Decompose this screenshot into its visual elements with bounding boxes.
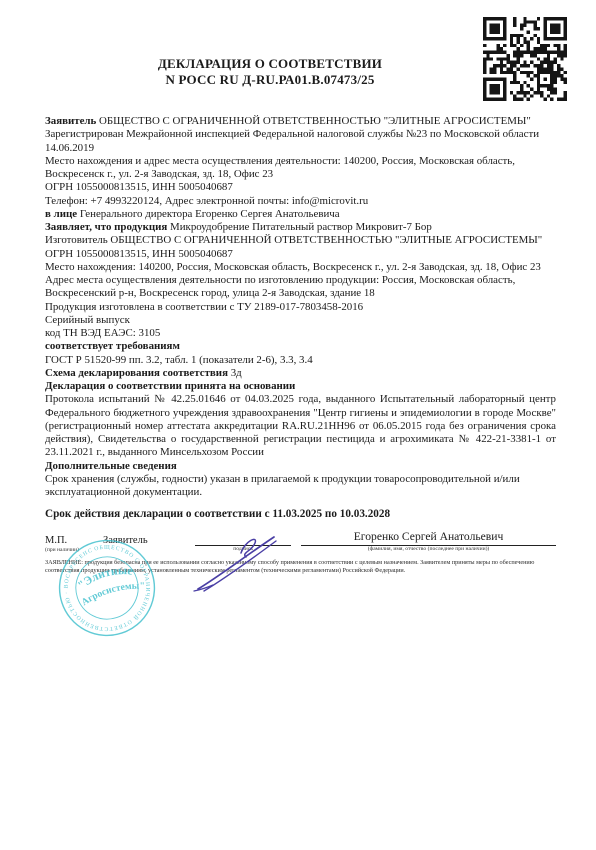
doc-paragraph: Декларация о соответствии принята на осн… [45,380,556,393]
doc-paragraph: Продукция изготовлена в соответствии с Т… [45,301,556,314]
company-stamp-icon: "Элитные Агросистемы" ОБЩЕСТВО С ОГРАНИЧ… [56,537,158,639]
declaration-document: ДЕКЛАРАЦИЯ О СООТВЕТСТВИИ N РОСС RU Д-RU… [0,0,596,850]
doc-paragraph: ОГРН 1055000813515, ИНН 5005040687 [45,248,556,261]
doc-paragraph: Протокола испытаний № 42.25.01646 от 04.… [45,393,556,459]
doc-paragraph: в лице Генерального директора Егоренко С… [45,208,556,221]
doc-paragraph: соответствует требованиям [45,340,556,353]
doc-paragraph: Дополнительные сведения [45,460,556,473]
doc-paragraph: ОГРН 1055000813515, ИНН 5005040687 [45,181,556,194]
doc-paragraph: Место нахождения и адрес места осуществл… [45,155,556,182]
doc-paragraph: Место нахождения: 140200, Россия, Москов… [45,261,556,274]
doc-paragraph: Телефон: +7 4993220124, Адрес электронно… [45,195,556,208]
name-caption: (фамилия, имя, отчество (последнее при н… [301,546,556,553]
doc-paragraph: код ТН ВЭД ЕАЭС: 3105 [45,327,556,340]
doc-paragraph: Срок хранения (службы, годности) указан … [45,473,556,500]
doc-paragraph: Серийный выпуск [45,314,556,327]
doc-paragraph: Заявитель ОБЩЕСТВО С ОГРАНИЧЕННОЙ ОТВЕТС… [45,115,556,128]
applicant-name: Егоренко Сергей Анатольевич [301,526,556,543]
doc-paragraph: Изготовитель ОБЩЕСТВО С ОГРАНИЧЕННОЙ ОТВ… [45,234,556,247]
doc-paragraph: Зарегистрирован Межрайонной инспекцией Ф… [45,128,556,155]
doc-number: N РОСС RU Д-RU.РА01.В.07473/25 [0,72,540,88]
doc-paragraph: Схема декларирования соответствия 3д [45,367,556,380]
handwritten-signature [186,526,331,600]
doc-title-line1: ДЕКЛАРАЦИЯ О СООТВЕТСТВИИ [0,56,540,72]
doc-paragraph: Адрес места осуществления деятельности п… [45,274,556,301]
doc-paragraph: ГОСТ Р 51520-99 пп. 3.2, табл. 1 (показа… [45,354,556,367]
doc-paragraph: Заявляет, что продукция Микроудобрение П… [45,221,556,234]
applicant-name-field: Егоренко Сергей Анатольевич (фамилия, им… [301,526,556,553]
doc-body: Заявитель ОБЩЕСТВО С ОГРАНИЧЕННОЙ ОТВЕТС… [45,115,556,574]
doc-title: ДЕКЛАРАЦИЯ О СООТВЕТСТВИИ N РОСС RU Д-RU… [0,56,540,87]
validity-line: Срок действия декларации о соответствии … [45,508,556,521]
doc-paragraphs: Заявитель ОБЩЕСТВО С ОГРАНИЧЕННОЙ ОТВЕТС… [45,115,556,499]
